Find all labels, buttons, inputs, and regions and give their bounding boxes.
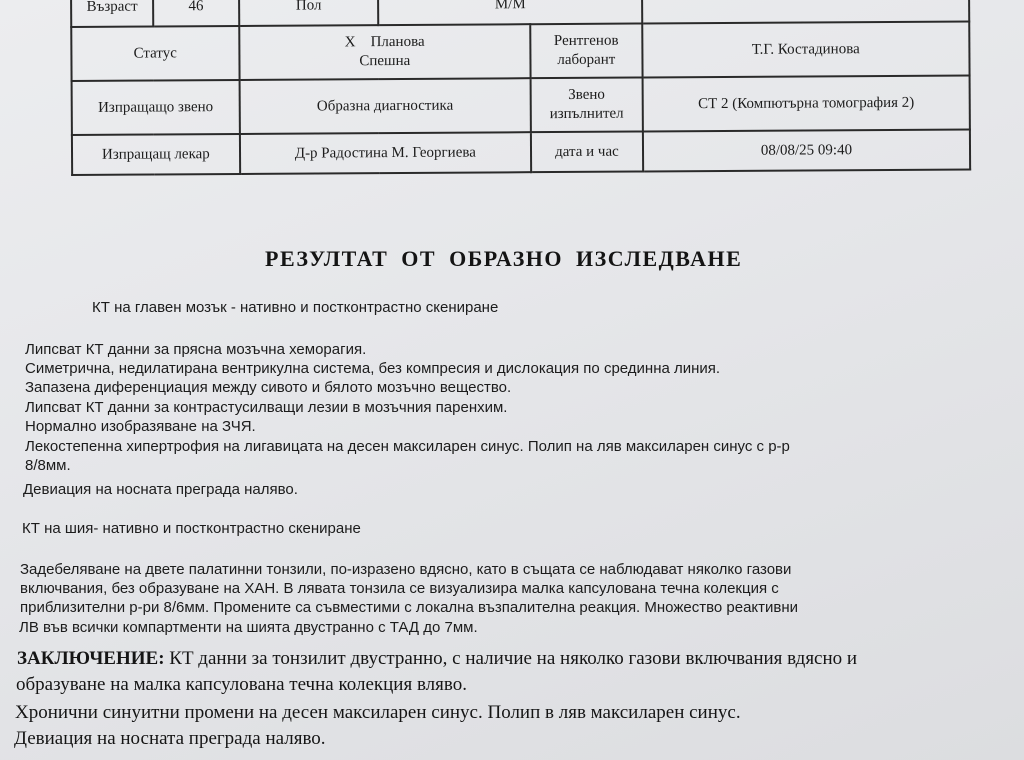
status-label: Статус: [71, 26, 239, 81]
neck-finding-line: ЛВ във всички компартменти на шията двус…: [19, 619, 478, 636]
section-heading-neck: КТ на шия- нативно и постконтрастно скен…: [22, 520, 361, 537]
status-option-planned: Х Планова: [246, 32, 523, 52]
brain-finding-line: Лекостепенна хипертрофия на лигавицата н…: [25, 438, 790, 455]
conclusion-line: Хронични синуитни промени на десен макси…: [15, 702, 741, 724]
datetime-value: 08/08/25 09:40: [643, 130, 970, 172]
brain-finding-line: Нормално изобразяване на ЗЧЯ.: [25, 418, 256, 435]
conclusion-line: ЗАКЛЮЧЕНИЕ: КТ данни за тонзилит двустра…: [17, 648, 857, 670]
conclusion-text: КТ данни за тонзилит двустранно, с налич…: [169, 648, 857, 669]
referring-unit-value: Образна диагностика: [239, 78, 531, 134]
neck-finding-line: включвания, без образуване на ХАН. В ляв…: [20, 580, 779, 597]
brain-finding-line: Симетрична, недилатирана вентрикулна сис…: [25, 360, 720, 377]
document-title: РЕЗУЛТАТ ОТ ОБРАЗНО ИЗСЛЕДВАНЕ: [265, 246, 742, 272]
datetime-label: дата и час: [531, 132, 643, 173]
radiographer-label: Рентгенов лаборант: [530, 24, 642, 79]
conclusion-line: образуване на малка капсулована течна ко…: [16, 674, 467, 696]
performing-unit-label: Звено изпълнител: [530, 78, 642, 133]
radiographer-label-line2: лаборант: [537, 51, 635, 70]
brain-finding-line: Запазена диференциация между сивото и бя…: [25, 379, 511, 396]
status-option-urgent: Спешна: [246, 51, 523, 71]
age-label: Възраст: [71, 0, 153, 27]
performing-unit-label-line1: Звено: [538, 86, 636, 105]
referring-unit-label: Изпращащо звено: [72, 80, 240, 135]
performing-unit-label-line2: изпълнител: [538, 105, 636, 124]
radiographer-label-line1: Рентгенов: [537, 32, 635, 51]
sex-value: М/М: [378, 0, 642, 25]
neck-finding-line: Задебеляване на двете палатинни тонзили,…: [20, 561, 791, 578]
patient-info-table: Възраст 46 Пол М/М Статус Х Планова Спеш…: [70, 0, 971, 176]
performing-unit-value: СТ 2 (Компютърна томография 2): [642, 76, 969, 132]
conclusion-line: Девиация на носната преграда наляво.: [14, 728, 326, 750]
status-value: Х Планова Спешна: [239, 24, 531, 80]
referring-doctor-label: Изпращащ лекар: [72, 134, 240, 175]
conclusion-label: ЗАКЛЮЧЕНИЕ:: [17, 648, 165, 669]
neck-finding-line: приблизителни р-ри 8/6мм. Промените са с…: [20, 599, 798, 616]
radiographer-value: Т.Г. Костадинова: [642, 22, 969, 78]
sex-label: Пол: [239, 0, 379, 26]
brain-finding-line: Липсват КТ данни за прясна мозъчна хемор…: [25, 341, 366, 358]
referring-doctor-value: Д-р Радостина М. Георгиева: [240, 132, 531, 174]
section-heading-brain: КТ на главен мозък - нативно и постконтр…: [92, 299, 498, 316]
brain-finding-line: 8/8мм.: [25, 457, 71, 474]
brain-finding-line: Девиация на носната преграда наляво.: [23, 481, 298, 498]
age-value: 46: [153, 0, 239, 26]
empty-cell: [642, 0, 969, 24]
brain-finding-line: Липсват КТ данни за контрастусилващи лез…: [25, 399, 507, 416]
